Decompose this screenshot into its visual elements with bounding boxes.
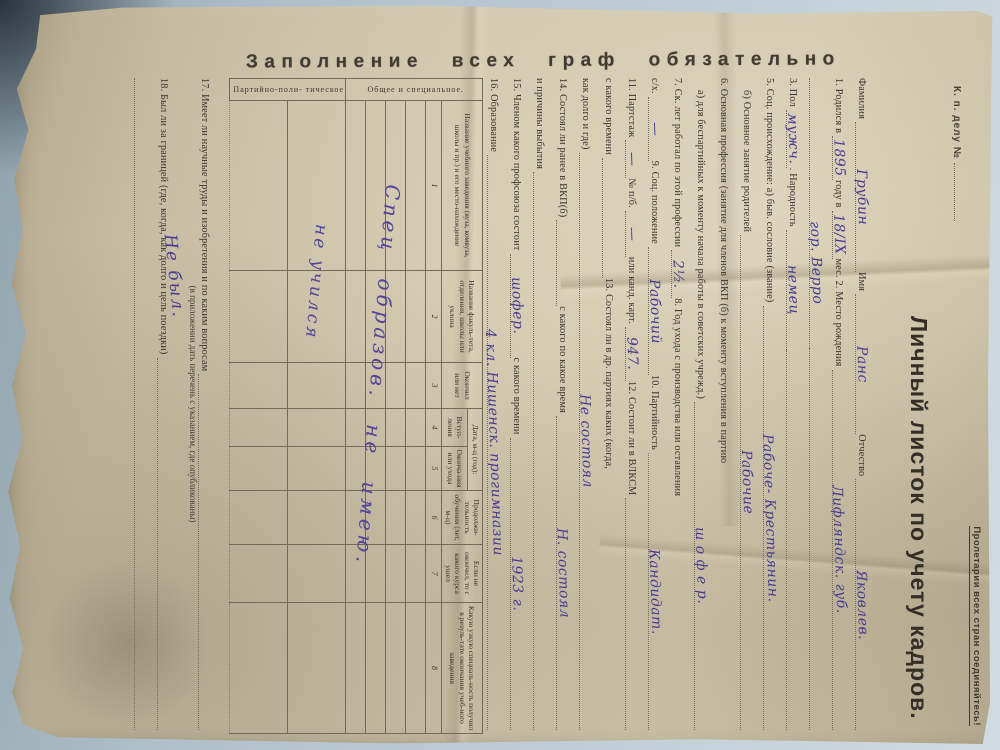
form-line: как долго и где)Не состоял [579,78,602,730]
dotted-blank [134,78,147,730]
handwriting-blank: 4 кл. Нишенск. прогимназии [487,155,503,730]
file-number-label: К. п. делу № [951,86,964,221]
printed-label: или канд. карт. [625,257,637,327]
empty-cell [406,101,426,271]
handwritten-value: ш о ф е р. [693,527,710,605]
handwriting-blank: ш о ф е р. [694,402,710,730]
printed-label: 15. Членом какого профсоюза состоит [510,78,522,254]
printed-label: 16. Образование [487,78,499,155]
printed-label: как долго и где) [579,78,591,153]
handwriting-blank: 1895 [832,136,848,180]
education-table-grid: Общее и специальное.Название учебного за… [229,78,483,734]
table-stub-lower: Партийно-поли- тическое [230,79,346,101]
handwritten-value: — [625,226,639,241]
printed-label: а) для беспартийных к моменту начала раб… [694,90,706,402]
form-line: 15. Членом какого профсоюза состоитшофер… [510,78,533,730]
dotted-blank [809,348,822,730]
handwritten-value: шофер. [509,277,525,335]
empty-cell [346,603,366,734]
handwriting-blank: 1923 г. [510,438,526,730]
printed-label: 12. Состоит ли в ВЛКСМ [625,381,637,498]
form-line: 1. Родился в1895году в18/IXмес. 2. Место… [832,78,855,730]
handwriting-blank: мужч. [786,110,802,168]
handwriting-blank: Ранс [855,294,871,434]
printed-label: с какого времени [602,78,614,158]
handwriting-blank: 2½. [671,250,687,298]
handwritten-value: Рабочий [647,278,663,343]
handwriting-blank: — [648,97,664,161]
column-number-cell: 2 [426,271,442,363]
form-fields: ФамилияГрубинИмяРансОтчествоЯковлев.1. Р… [487,78,878,730]
printed-label: Имя [855,272,867,294]
handwriting-blank: шофер. [510,254,526,358]
form-line: ФамилияГрубинИмяРансОтчествоЯковлев. [855,78,878,730]
printed-label: 10. Партийность [648,375,660,453]
bottom-items: 17. Имеет ли научные труды и изобретения… [134,78,221,730]
empty-cell [386,409,406,447]
table-header-cell: Вступ-ления [442,409,468,447]
form-line: 11. Партстаж—№ п/б.—или канд. карт.947.1… [625,78,648,730]
handwritten-value: 1895 [831,139,846,177]
empty-cell [406,603,426,734]
form-line: 7. Ск. лет работал по этой профессии2½.8… [671,78,694,730]
empty-cell [386,545,406,603]
table-header-cell: Если не окончил, то с какого курса ушел [442,545,483,603]
handwritten-value: мужч. [785,113,801,165]
printed-label: году в [832,180,844,211]
empty-cell [346,101,366,271]
printed-label: 8. Год ухода с производства или оставлен… [671,298,683,499]
column-number-cell: 4 [426,409,442,447]
table-group-header: Дата, м-ц (год): [468,409,483,491]
table-header-row: Общее и специальное.Название учебного за… [468,79,483,734]
handwritten-value: — [648,121,662,136]
empty-cell [406,271,426,363]
dotted-blank [533,172,546,730]
printed-label: 7. Ск. лет работал по этой профессии [671,78,683,250]
education-table: Общее и специальное.Название учебного за… [229,78,483,730]
handwritten-value: гор. Верро [808,221,825,305]
handwritten-value: немец [785,265,801,315]
table-stub-upper: Общее и специальное. [346,79,483,101]
empty-cell [230,363,288,409]
handwritten-value: Рабоче- Крестьянин. [760,433,780,602]
stub-label-lower: Партийно-поли- тическое [233,85,344,95]
empty-cell [230,409,288,447]
printed-label: Отчество [855,434,867,479]
handwriting-blank: Не состоял [579,153,595,730]
table-empty-row [386,79,406,734]
handwritten-value: Н. состоял [554,528,571,619]
handwritten-value: 947. [624,337,639,371]
handwriting-blank: Рабочий [648,247,664,375]
handwriting-blank: немец [786,230,802,350]
form-line: 6. Основная профессия (занятие для члено… [717,78,740,730]
printed-label: 3. Пол [786,78,798,110]
printed-label: и причины выбытия [533,78,545,172]
handwritten-value: 1923 г. [509,556,525,612]
empty-cell [386,603,406,734]
empty-cell [230,545,288,603]
printed-label: 17. Имеет ли научные труды и изобретения… [198,78,210,374]
printed-label: мес. 2. Место рождения [832,259,844,370]
handwritten-value: Не состоял [577,394,594,488]
spacer [740,78,752,90]
handwriting-blank: Кандидат. [648,453,664,730]
dotted-blank [786,350,799,730]
form-line: с/х.—9. Соц. положениеРабочий10. Партийн… [648,78,671,730]
printed-label: с какого по какое время [556,306,568,416]
handwritten-value: Яковлев. [854,569,870,639]
printed-label: 5. Соц. происхождение: а) быв. сословие … [763,78,775,306]
empty-cell [288,363,346,409]
empty-cell [386,447,406,491]
dotted-blank [556,220,569,306]
column-number-cell: 6 [426,491,442,545]
dotted-blank [809,78,822,178]
handwriting-blank: Грубин [855,122,871,272]
handwriting-blank: Рабоче- Крестьянин. [763,306,779,730]
table-empty-row [406,79,426,734]
printed-label: Фамилия [855,78,867,122]
empty-cell [346,363,366,409]
handwritten-value: Грубин [854,169,870,226]
handwritten-value: 18/IX [831,214,846,255]
handwritten-value: Кандидат. [647,548,664,634]
empty-cell [406,363,426,409]
empty-cell [406,545,426,603]
empty-cell [406,447,426,491]
handwriting-blank: Рабочие [740,235,756,730]
printed-label: 14. Состоял ли ранее в ВКП(б) [556,78,568,220]
printed-label: 6. Основная профессия (занятие для члено… [717,78,729,466]
table-header-cell: Название факуль-тета, отделения, школы и… [442,271,483,363]
empty-cell [230,603,288,734]
printed-label: б) Основное занятие родителей [740,90,752,235]
banner-text: Заполнение всех граф обязательно [246,48,841,73]
handwriting-blank: гор. Верро [809,178,825,348]
form-title: Личный листок по учету кадров. [905,316,932,720]
form-line: а) для беспартийных к моменту начала раб… [694,78,717,730]
handwritten-value: Лифляндск. губ. [830,485,848,614]
empty-cell [230,491,288,545]
form-line: гор. Верро [809,78,832,730]
form-line: 3. Полмужч.. Народностьнемец [786,78,809,730]
printed-label: 1. Родился в [832,78,844,136]
table-header-cell: Какую узкую специаль-ность получил в рез… [442,603,483,734]
handwriting-blank: 947. [625,327,641,381]
file-number-blank [954,163,964,221]
rotated-form: К. п. делу № Пролетарии всех стран соеди… [106,72,986,732]
handwritten-value: 4 кл. Нишенск. прогимназии [483,329,505,556]
slogan-text: Пролетарии всех стран соединяйтесь! [969,526,982,726]
printed-label: 13. Состоял ли в др. партиях каких (когд… [602,278,614,472]
column-number-cell: 8 [426,603,442,734]
form-line: и причины выбытия [533,78,556,730]
column-number-cell: 1 [426,101,442,271]
file-number-text: К. п. делу № [951,86,962,159]
empty-cell [346,271,366,363]
printed-label: 11. Партстаж [625,78,637,140]
printed-label: 9. Соц. положение [648,161,660,247]
printed-label: с/х. [648,78,660,97]
form-line: 16. Образование4 кл. Нишенск. прогимнази… [487,78,510,730]
table-header-cell: Оконча-ния или ухода [442,447,468,491]
empty-cell [406,409,426,447]
table-number-row: 12345678 [426,79,442,734]
empty-cell [288,491,346,545]
empty-cell [230,447,288,491]
table-header-cell: Окончил или нет [442,363,483,409]
dotted-blank [602,158,615,278]
spacer [694,78,706,90]
empty-cell [406,491,426,545]
empty-cell [288,409,346,447]
handwritten-value: 2½. [671,260,686,289]
handwritten-value: Рабочие [739,450,755,515]
printed-label: с какого времени [510,358,522,438]
dotted-blank [198,374,211,730]
table-lower-row: Партийно-поли- тическое [288,79,346,734]
handwriting-blank: 18/IX [832,211,848,259]
form-content: ФамилияГрубинИмяРансОтчествоЯковлев.1. Р… [134,78,878,730]
photo-of-document: Заполнение всех граф обязательно К. п. д… [0,0,1000,750]
form-line: 5. Соц. происхождение: а) быв. сословие … [763,78,786,730]
column-number-cell: 3 [426,363,442,409]
handwriting-blank: Лифляндск. губ. [832,370,848,730]
form-line: б) Основное занятие родителейРабочие [740,78,763,730]
empty-cell [288,447,346,491]
empty-cell [288,603,346,734]
dotted-blank [157,358,170,731]
form-line: с какого времени13. Состоял ли в др. пар… [602,78,625,730]
handwritten-value: — [625,152,639,167]
empty-cell [230,101,288,271]
trailing-dotted-line [134,78,157,730]
column-number-cell: 7 [426,545,442,603]
handwriting-blank: Яковлев. [855,479,871,730]
handwritten-value: Ранс [854,346,869,383]
empty-cell [288,545,346,603]
table-lower-row [230,79,288,734]
table-header-cell: Продолжи-тельность обучения (лет, м-ц) [442,491,483,545]
handwriting-blank: — [625,140,641,178]
item-17-note: (в приложении дать перечень с указанием,… [180,78,198,730]
table-header-cell: Название учебного заведения (вуза, комву… [442,101,483,271]
stub-label-upper: Общее и специальное. [367,85,464,95]
handwriting-blank: Н. состоял [556,416,572,730]
item-17-line: 17. Имеет ли научные труды и изобретения… [198,78,221,730]
empty-cell [230,271,288,363]
column-number-cell: 5 [426,447,442,491]
empty-cell [386,491,406,545]
dotted-blank [625,498,638,730]
form-line: 14. Состоял ли ранее в ВКП(б)с какого по… [556,78,579,730]
printed-label: . Народность [786,168,798,230]
handwriting-blank: — [625,211,641,257]
empty-cell [366,603,386,734]
printed-label: № п/б. [625,178,637,210]
item-18-line: 18. Был ли за границей (где, когда, как … [157,78,180,730]
